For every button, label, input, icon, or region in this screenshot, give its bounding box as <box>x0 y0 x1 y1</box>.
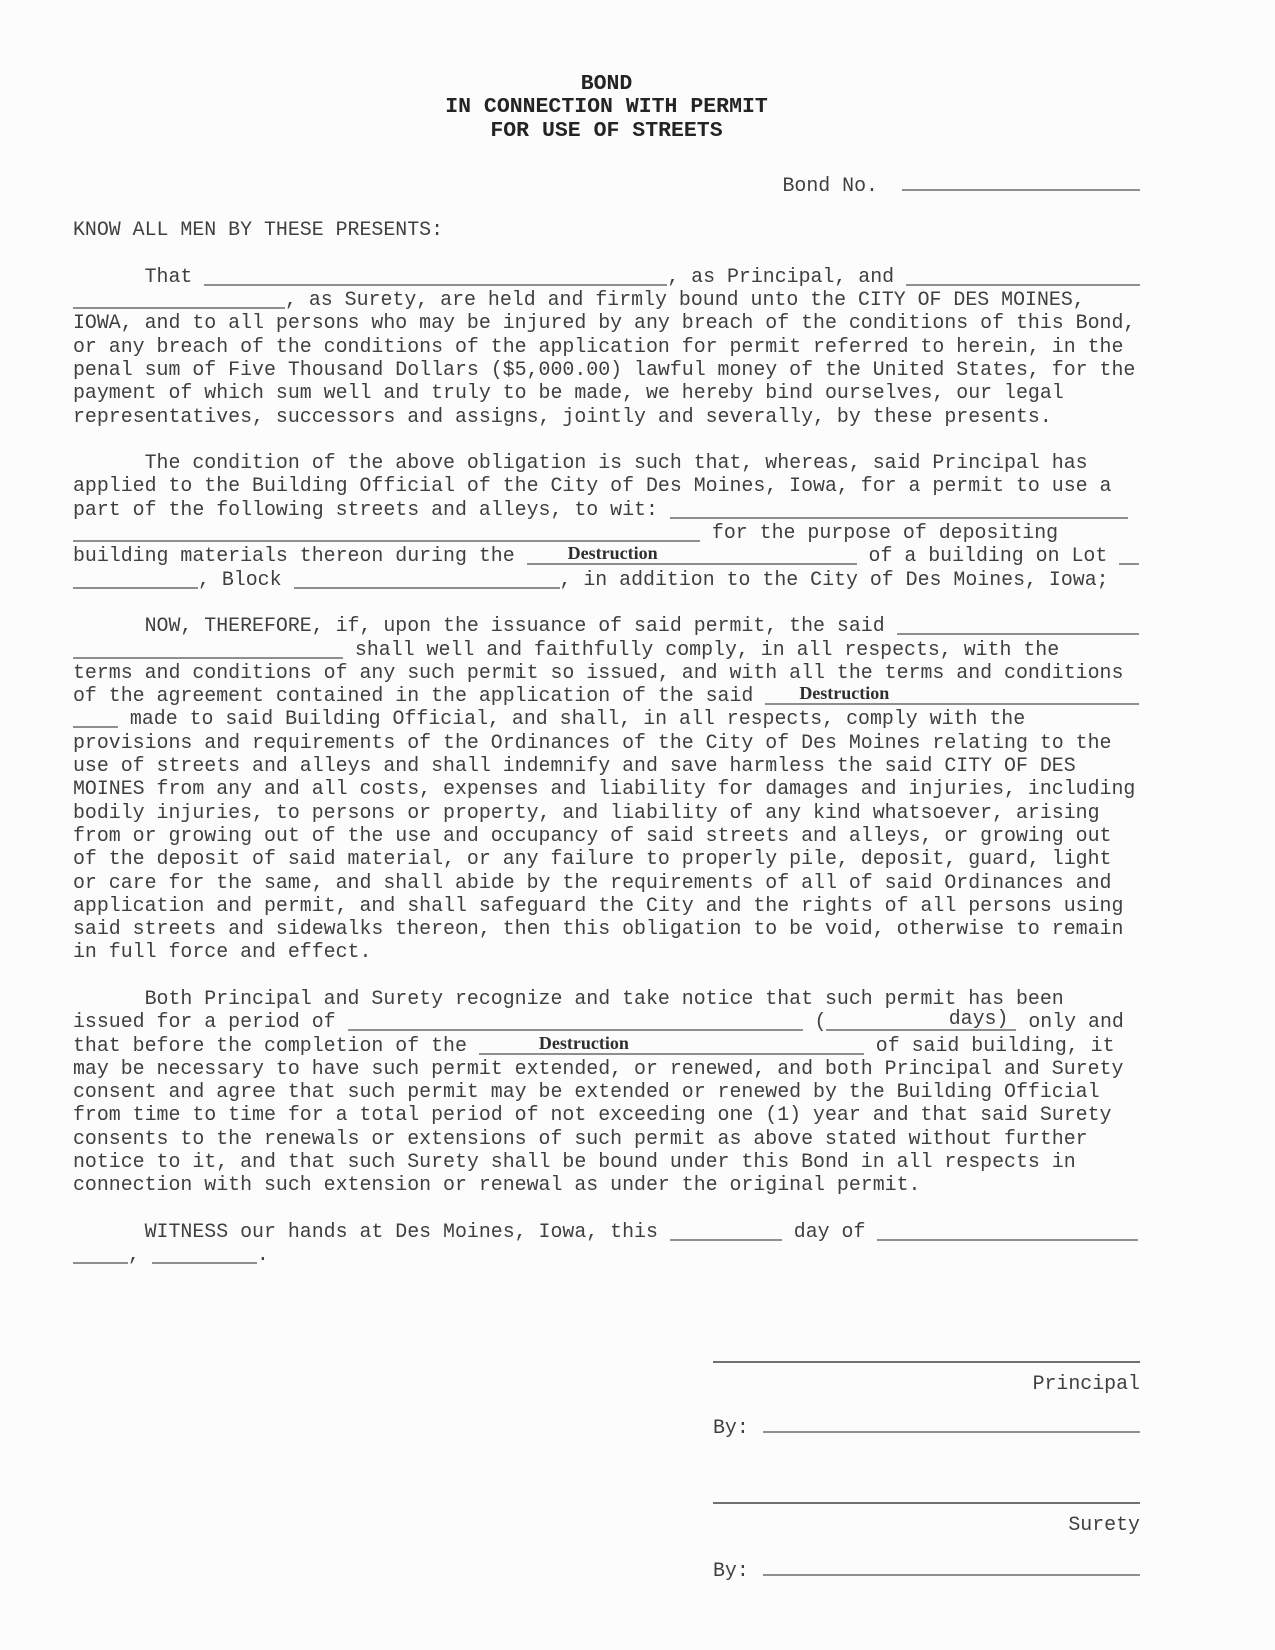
text-run: applied to the Building Official of the … <box>73 474 1111 497</box>
blank-line <box>73 527 700 542</box>
form-line: issued for a period of (days) only and <box>73 1010 1140 1033</box>
blank-line <box>152 1249 257 1264</box>
title-line-2: IN CONNECTION WITH PERMIT <box>73 96 1140 119</box>
principal-by-blank <box>763 1418 1140 1433</box>
blank-line <box>670 1226 782 1241</box>
text-run: of said building, it <box>864 1034 1115 1057</box>
salutation: KNOW ALL MEN BY THESE PRESENTS: <box>73 218 1140 241</box>
text-run: from or growing out of the use and occup… <box>73 824 1111 847</box>
text-run: building materials thereon during the <box>73 544 527 567</box>
blank-line <box>294 574 560 589</box>
blank-line <box>73 644 343 659</box>
text-run: payment of which sum well and truly to b… <box>73 381 1064 404</box>
form-line: consent and agree that such permit may b… <box>73 1080 1140 1103</box>
fill-text: Destruction <box>799 684 889 703</box>
filled-blank: Destruction <box>479 1040 864 1055</box>
principal-by-label: By: <box>713 1416 749 1439</box>
form-line: shall well and faithfully comply, in all… <box>73 638 1140 661</box>
form-line: that before the completion of the Destru… <box>73 1034 1140 1057</box>
bond-number-label: Bond No. <box>783 174 879 197</box>
text-run: , Block <box>198 568 294 591</box>
text-run: NOW, THEREFORE, if, upon the issuance of… <box>73 614 897 637</box>
form-line: WITNESS our hands at Des Moines, Iowa, t… <box>73 1220 1140 1243</box>
text-run: only and <box>1016 1010 1123 1033</box>
blank-line <box>73 574 198 589</box>
form-line: notice to it, and that such Surety shall… <box>73 1150 1140 1173</box>
text-run: connection with such extension or renewa… <box>73 1173 920 1196</box>
text-run: representatives, successors and assigns,… <box>73 405 1052 428</box>
blank-line <box>1119 550 1139 565</box>
form-line: bodily injuries, to persons or property,… <box>73 801 1140 824</box>
text-run: Both Principal and Surety recognize and … <box>73 987 1064 1010</box>
text-run: day of <box>782 1220 878 1243</box>
form-line: said streets and sidewalks thereon, then… <box>73 917 1140 940</box>
surety-by-blank <box>763 1561 1140 1576</box>
text-run: of a building on Lot <box>857 544 1120 567</box>
form-line: The condition of the above obligation is… <box>73 451 1140 474</box>
text-run: MOINES from any and all costs, expenses … <box>73 777 1135 800</box>
form-line: terms and conditions of any such permit … <box>73 661 1140 684</box>
text-run: may be necessary to have such permit ext… <box>73 1057 1123 1080</box>
signature-block: Principal By: Surety By: <box>713 1361 1140 1583</box>
text-run: ( <box>803 1010 827 1033</box>
text-run: bodily injuries, to persons or property,… <box>73 801 1100 824</box>
bond-number-row: Bond No. <box>73 174 1140 197</box>
text-run: application and permit, and shall safegu… <box>73 894 1123 917</box>
text-run: that before the completion of the <box>73 1034 479 1057</box>
blank-line <box>906 271 1140 286</box>
paragraph-binding-clause: That , as Principal, and , as Surety, ar… <box>73 265 1140 428</box>
form-line: applied to the Building Official of the … <box>73 474 1140 497</box>
form-line: connection with such extension or renewa… <box>73 1173 1140 1196</box>
form-line: penal sum of Five Thousand Dollars ($5,0… <box>73 358 1140 381</box>
form-line: application and permit, and shall safegu… <box>73 894 1140 917</box>
text-run: made to said Building Official, and shal… <box>118 707 1025 730</box>
form-line: may be necessary to have such permit ext… <box>73 1057 1140 1080</box>
text-run: or care for the same, and shall abide by… <box>73 871 1111 894</box>
bond-number-blank <box>902 176 1140 191</box>
form-line: of the deposit of said material, or any … <box>73 847 1140 870</box>
surety-label: Surety <box>713 1513 1140 1536</box>
form-line: made to said Building Official, and shal… <box>73 707 1140 730</box>
document-title: BOND IN CONNECTION WITH PERMIT FOR USE O… <box>73 73 1140 143</box>
text-run: provisions and requirements of the Ordin… <box>73 731 1111 754</box>
text-run: . <box>257 1243 269 1266</box>
bond-form-document: BOND IN CONNECTION WITH PERMIT FOR USE O… <box>73 73 1140 1583</box>
form-line: , . <box>73 1243 1140 1266</box>
principal-by-row: By: <box>713 1416 1140 1439</box>
fill-text: days) <box>949 1008 1009 1029</box>
text-run: WITNESS our hands at Des Moines, Iowa, t… <box>73 1220 670 1243</box>
fill-text: Destruction <box>539 1034 629 1053</box>
text-run: of the agreement contained in the applic… <box>73 684 765 707</box>
text-run: notice to it, and that such Surety shall… <box>73 1150 1076 1173</box>
text-run: , <box>128 1243 152 1266</box>
text-run: IOWA, and to all persons who may be inju… <box>73 311 1135 334</box>
text-run: consents to the renewals or extensions o… <box>73 1127 1088 1150</box>
text-run: consent and agree that such permit may b… <box>73 1080 1100 1103</box>
filled-blank: Destruction <box>527 550 857 565</box>
text-run: , in addition to the City of Des Moines,… <box>560 568 1109 591</box>
blank-line <box>73 1249 128 1264</box>
principal-label: Principal <box>713 1372 1140 1395</box>
form-line: , as Surety, are held and firmly bound u… <box>73 288 1140 311</box>
form-line: or any breach of the conditions of the a… <box>73 335 1140 358</box>
text-run: from time to time for a total period of … <box>73 1103 1111 1126</box>
text-run: issued for a period of <box>73 1010 348 1033</box>
form-line: , Block , in addition to the City of Des… <box>73 568 1140 591</box>
form-line: of the agreement contained in the applic… <box>73 684 1140 707</box>
form-line: in full force and effect. <box>73 940 1140 963</box>
surety-by-label: By: <box>713 1559 749 1582</box>
text-run: in full force and effect. <box>73 940 371 963</box>
text-run: or any breach of the conditions of the a… <box>73 335 1123 358</box>
blank-line <box>877 1226 1138 1241</box>
text-run: for the purpose of depositing <box>700 521 1058 544</box>
form-line: MOINES from any and all costs, expenses … <box>73 777 1140 800</box>
text-run: use of streets and alleys and shall inde… <box>73 754 1076 777</box>
filled-blank: days) <box>826 1016 1016 1031</box>
blank-line <box>897 620 1139 635</box>
form-line: NOW, THEREFORE, if, upon the issuance of… <box>73 614 1140 637</box>
paragraph-now-therefore-clause: NOW, THEREFORE, if, upon the issuance of… <box>73 614 1140 963</box>
blank-line <box>348 1016 803 1031</box>
title-line-1: BOND <box>73 73 1140 96</box>
paragraph-condition-clause: The condition of the above obligation is… <box>73 451 1140 591</box>
form-line: or care for the same, and shall abide by… <box>73 871 1140 894</box>
blank-line <box>670 504 1128 519</box>
form-line: building materials thereon during the De… <box>73 544 1140 567</box>
blank-line <box>204 271 667 286</box>
title-line-3: FOR USE OF STREETS <box>73 120 1140 143</box>
form-line: from or growing out of the use and occup… <box>73 824 1140 847</box>
paragraph-renewal-clause: Both Principal and Surety recognize and … <box>73 987 1140 1197</box>
text-run: terms and conditions of any such permit … <box>73 661 1123 684</box>
blank-line <box>73 294 285 309</box>
form-line: That , as Principal, and <box>73 265 1140 288</box>
form-line: IOWA, and to all persons who may be inju… <box>73 311 1140 334</box>
text-run: , as Surety, are held and firmly bound u… <box>285 288 1085 311</box>
form-line: representatives, successors and assigns,… <box>73 405 1140 428</box>
surety-signature-line <box>713 1502 1140 1504</box>
text-run: part of the following streets and alleys… <box>73 498 670 521</box>
text-run: of the deposit of said material, or any … <box>73 847 1111 870</box>
fill-text: Destruction <box>568 544 658 563</box>
form-line: from time to time for a total period of … <box>73 1103 1140 1126</box>
paragraph-witness-clause: WITNESS our hands at Des Moines, Iowa, t… <box>73 1220 1140 1267</box>
form-line: consents to the renewals or extensions o… <box>73 1127 1140 1150</box>
form-line: part of the following streets and alleys… <box>73 498 1140 521</box>
form-line: provisions and requirements of the Ordin… <box>73 731 1140 754</box>
form-line: use of streets and alleys and shall inde… <box>73 754 1140 777</box>
text-run: shall well and faithfully comply, in all… <box>343 638 1059 661</box>
text-run: , as Principal, and <box>667 265 906 288</box>
surety-by-row: By: <box>713 1559 1140 1582</box>
form-line: for the purpose of depositing <box>73 521 1140 544</box>
text-run: said streets and sidewalks thereon, then… <box>73 917 1123 940</box>
text-run: penal sum of Five Thousand Dollars ($5,0… <box>73 358 1135 381</box>
text-run: The condition of the above obligation is… <box>73 451 1088 474</box>
blank-line <box>73 713 118 728</box>
form-line: payment of which sum well and truly to b… <box>73 381 1140 404</box>
text-run: That <box>73 265 204 288</box>
filled-blank: Destruction <box>765 690 1139 705</box>
principal-signature-line <box>713 1361 1140 1363</box>
